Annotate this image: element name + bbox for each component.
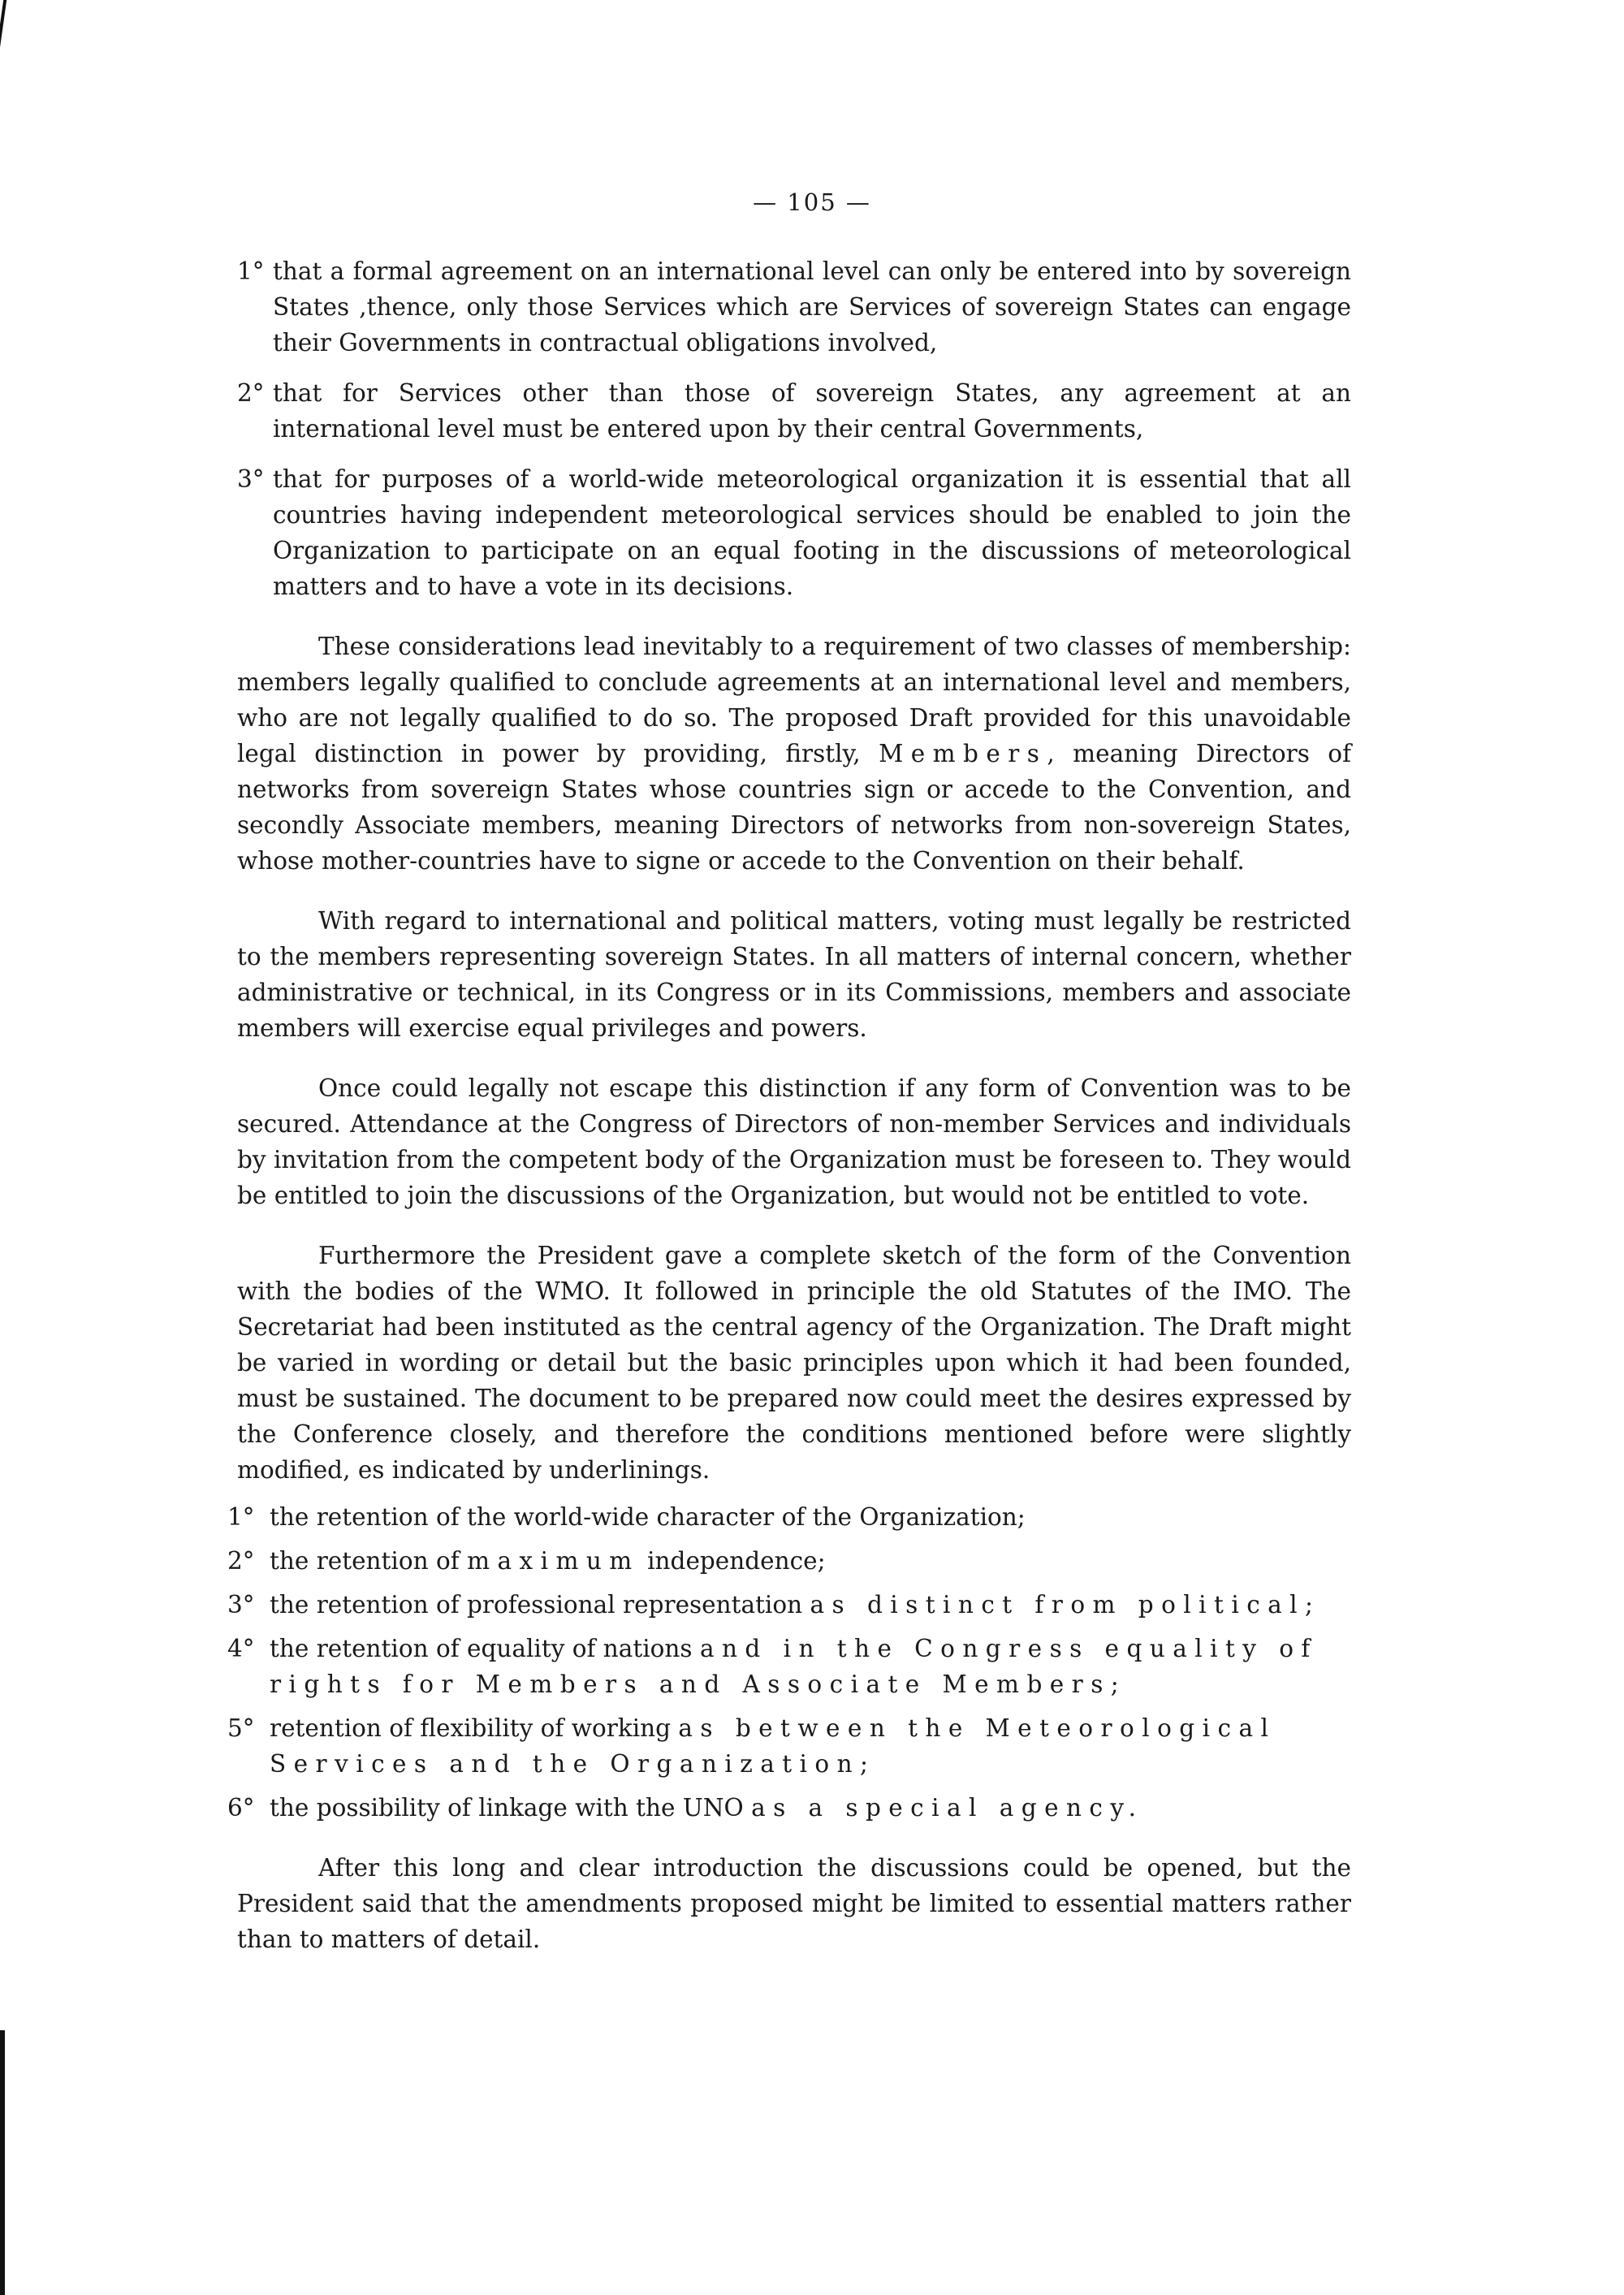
- principle-item: 2° the retention of maximum independence…: [237, 1543, 1351, 1579]
- spaced-emphasis: as distinct from political;: [810, 1591, 1321, 1619]
- principle-plain: the retention of: [270, 1547, 460, 1575]
- spaced-emphasis: Members: [879, 740, 1047, 767]
- principle-item: 1° the retention of the world-wide chara…: [237, 1499, 1351, 1535]
- principle-number: 5°: [227, 1710, 270, 1782]
- spaced-emphasis: maximum: [467, 1547, 640, 1575]
- paragraph-membership: These considerations lead inevitably to …: [237, 629, 1351, 879]
- principle-number: 2°: [227, 1543, 270, 1579]
- condition-text: that a formal agreement on an internatio…: [273, 253, 1351, 361]
- paragraph-voting: With regard to international and politic…: [237, 903, 1351, 1046]
- principle-number: 4°: [227, 1631, 270, 1702]
- paragraph-attendance: Once could legally not escape this disti…: [237, 1070, 1351, 1213]
- condition-item: 2° that for Services other than those of…: [237, 375, 1351, 447]
- document-page: — 105 — 1° that a formal agreement on an…: [0, 0, 1624, 2295]
- principle-text: the retention of maximum independence;: [270, 1543, 1351, 1579]
- principle-plain: the retention of equality of nations: [270, 1635, 693, 1662]
- paragraph-sketch: Furthermore the President gave a complet…: [237, 1238, 1351, 1488]
- principles-list: 1° the retention of the world-wide chara…: [237, 1499, 1351, 1826]
- principle-text: the retention of the world-wide characte…: [270, 1499, 1351, 1535]
- principle-item: 5° retention of flexibility of working a…: [237, 1710, 1351, 1782]
- condition-item: 3° that for purposes of a world-wide met…: [237, 461, 1351, 604]
- principle-number: 1°: [227, 1499, 270, 1535]
- principle-text: retention of flexibility of working as b…: [270, 1710, 1351, 1782]
- principle-plain: the retention of professional representa…: [270, 1591, 802, 1619]
- scan-edge-mark: [0, 0, 6, 49]
- condition-text: that for purposes of a world-wide meteor…: [273, 461, 1351, 604]
- principle-item: 4° the retention of equality of nations …: [237, 1631, 1351, 1702]
- paragraph-closing: After this long and clear introduction t…: [237, 1850, 1351, 1957]
- principle-text: the retention of professional representa…: [270, 1587, 1351, 1623]
- scan-edge-mark: [0, 2030, 5, 2295]
- condition-text: that for Services other than those of so…: [273, 375, 1351, 447]
- principle-text: the retention of equality of nations and…: [270, 1631, 1351, 1702]
- principle-plain: retention of flexibility of working: [270, 1714, 671, 1742]
- condition-number: 1°: [237, 253, 273, 361]
- condition-number: 3°: [237, 461, 273, 604]
- condition-number: 2°: [237, 375, 273, 447]
- principle-plain: independence;: [647, 1547, 825, 1575]
- body-text: 1° that a formal agreement on an interna…: [237, 253, 1351, 1957]
- principle-number: 3°: [227, 1587, 270, 1623]
- principle-number: 6°: [227, 1790, 270, 1826]
- principle-item: 3° the retention of professional represe…: [237, 1587, 1351, 1623]
- principle-plain: the possibility of linkage with the UNO: [270, 1794, 744, 1822]
- page-number: — 105 —: [0, 188, 1624, 216]
- condition-item: 1° that a formal agreement on an interna…: [237, 253, 1351, 361]
- principle-item: 6° the possibility of linkage with the U…: [237, 1790, 1351, 1826]
- spaced-emphasis: as a special agency.: [751, 1794, 1143, 1822]
- principle-text: the possibility of linkage with the UNO …: [270, 1790, 1351, 1826]
- principle-plain: the retention of the world-wide characte…: [270, 1503, 1026, 1531]
